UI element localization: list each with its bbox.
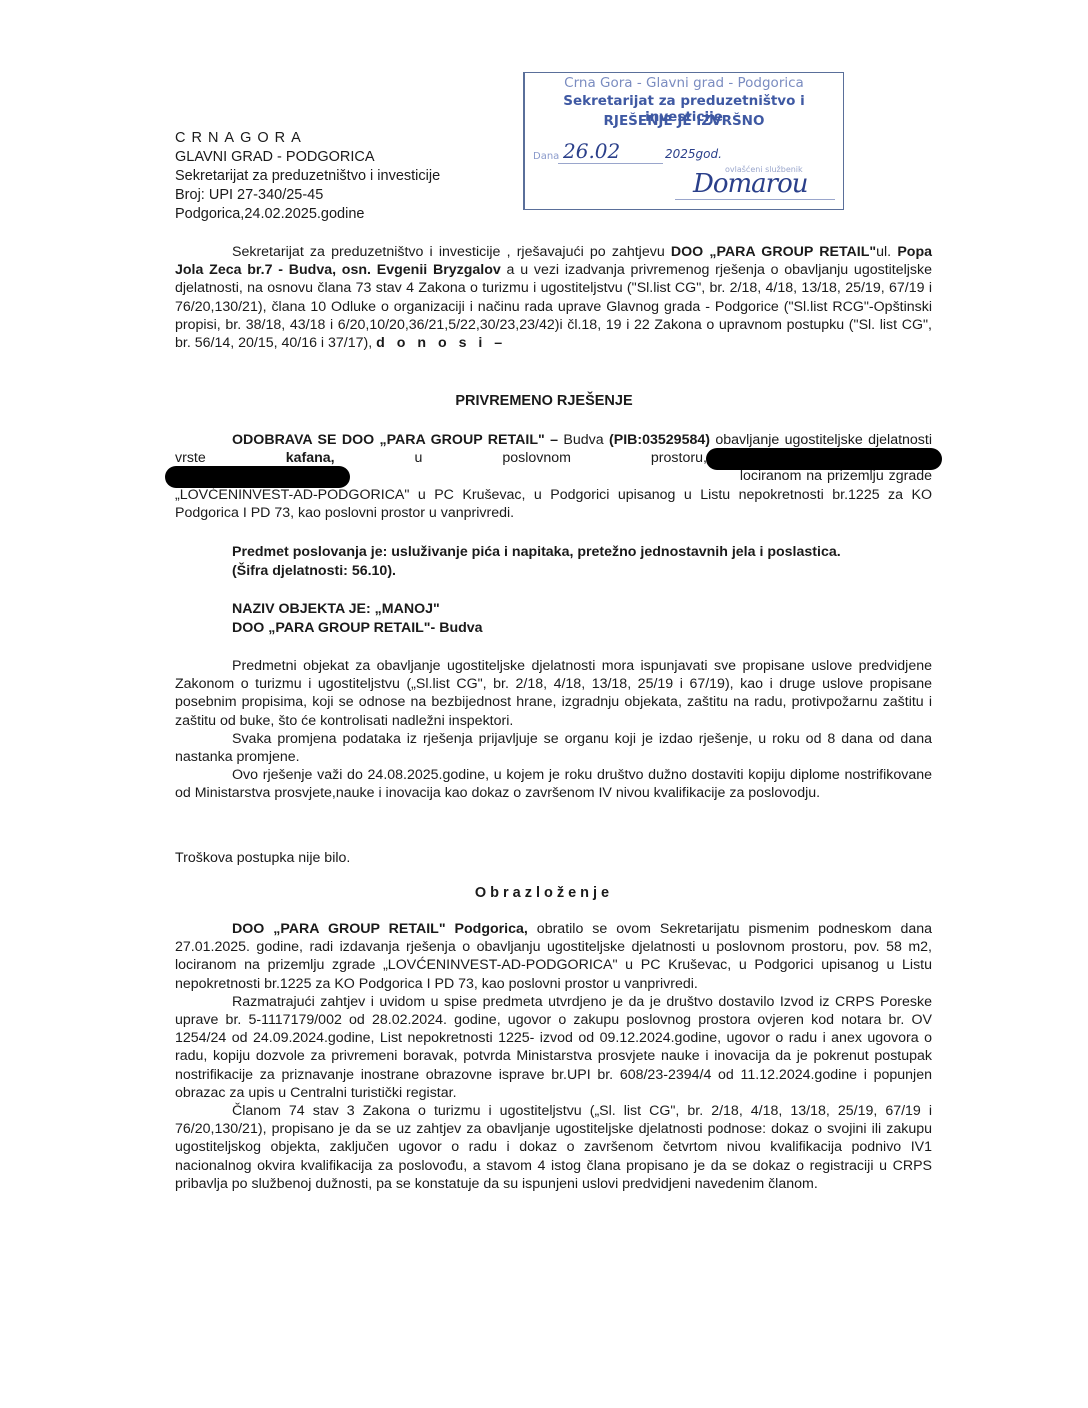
costs-statement: Troškova postupka nije bilo. bbox=[175, 849, 932, 867]
business-subject: Predmet poslovanja je: usluživanje pića … bbox=[232, 543, 932, 580]
object-owner-line: DOO „PARA GROUP RETAIL"- Budva bbox=[232, 619, 932, 638]
place-date: Podgorica,24.02.2025.godine bbox=[175, 205, 440, 224]
stamp-line-3: RJEŠENJE JE IZVRŠNO bbox=[525, 113, 843, 129]
conditions-block: Predmetni objekat za obavljanje ugostite… bbox=[175, 657, 932, 803]
reasoning-text: Članom 74 stav 3 Zakona o turizmu i ugos… bbox=[175, 1103, 932, 1192]
object-name: NAZIV OBJEKTA JE: „MANOJ" DOO „PARA GROU… bbox=[232, 600, 932, 637]
intro-paragraph: Sekretarijat za preduzetništvo i investi… bbox=[175, 243, 932, 352]
stamp-year: 2025god. bbox=[665, 147, 722, 161]
reasoning-block: DOO „PARA GROUP RETAIL" Podgorica, obrat… bbox=[175, 920, 932, 1193]
document-page: CRNAGORA GLAVNI GRAD - PODGORICA Sekreta… bbox=[0, 0, 1088, 1408]
stamp-god-label: god. bbox=[696, 147, 722, 161]
executive-stamp: Crna Gora - Glavni grad - Podgorica Sekr… bbox=[523, 72, 844, 210]
activity-code: (Šifra djelatnosti: 56.10). bbox=[232, 562, 932, 581]
redaction-block bbox=[706, 448, 942, 470]
reasoning-paragraph: DOO „PARA GROUP RETAIL" Podgorica, obrat… bbox=[175, 920, 932, 993]
condition-paragraph: Ovo rješenje važi do 24.08.2025.godine, … bbox=[175, 766, 932, 802]
intro-text-b: ul. bbox=[876, 244, 897, 260]
decision-type: kafana, bbox=[286, 450, 335, 466]
stamp-year-value: 2025 bbox=[665, 147, 696, 161]
document-number: Broj: UPI 27-340/25-45 bbox=[175, 186, 440, 205]
condition-text: Svaka promjena podataka iz rješenja prij… bbox=[175, 731, 932, 765]
reasoning-title: Obrazloženje bbox=[0, 885, 1088, 901]
department-name: Sekretarijat za preduzetništvo i investi… bbox=[175, 167, 440, 186]
stamp-handwritten-date: 26.02 bbox=[563, 139, 620, 163]
stamp-date-line bbox=[558, 163, 663, 164]
redaction-block bbox=[165, 466, 335, 488]
intro-donosi: d o n o s i – bbox=[376, 335, 506, 351]
decision-title: PRIVREMENO RJEŠENJE bbox=[0, 393, 1088, 409]
city-name: GLAVNI GRAD - PODGORICA bbox=[175, 148, 440, 167]
condition-paragraph: Predmetni objekat za obavljanje ugostite… bbox=[175, 657, 932, 730]
decision-approve: ODOBRAVA SE DOO „PARA GROUP RETAIL" – bbox=[232, 432, 563, 448]
object-name-line: NAZIV OBJEKTA JE: „MANOJ" bbox=[232, 600, 932, 619]
reasoning-paragraph: Razmatrajući zahtjev i uvidom u spise pr… bbox=[175, 993, 932, 1102]
document-header: CRNAGORA GLAVNI GRAD - PODGORICA Sekreta… bbox=[175, 129, 440, 224]
stamp-line-1: Crna Gora - Glavni grad - Podgorica bbox=[525, 75, 843, 91]
decision-text-a: Budva bbox=[563, 432, 609, 448]
redaction-block bbox=[320, 466, 350, 488]
intro-text-a: Sekretarijat za preduzetništvo i investi… bbox=[232, 244, 671, 260]
condition-text: Ovo rješenje važi do 24.08.2025.godine, … bbox=[175, 767, 932, 801]
signature: Domarou bbox=[693, 169, 807, 199]
reasoning-company: DOO „PARA GROUP RETAIL" Podgorica, bbox=[232, 921, 528, 937]
business-subject-line: Predmet poslovanja je: usluživanje pića … bbox=[232, 543, 932, 562]
condition-text: Predmetni objekat za obavljanje ugostite… bbox=[175, 658, 932, 729]
decision-pib: (PIB:03529584) bbox=[609, 432, 710, 448]
condition-paragraph: Svaka promjena podataka iz rješenja prij… bbox=[175, 730, 932, 766]
country-name: CRNAGORA bbox=[175, 129, 440, 148]
reasoning-paragraph: Članom 74 stav 3 Zakona o turizmu i ugos… bbox=[175, 1102, 932, 1193]
intro-company: DOO „PARA GROUP RETAIL" bbox=[671, 244, 876, 260]
reasoning-text: Razmatrajući zahtjev i uvidom u spise pr… bbox=[175, 994, 932, 1101]
stamp-dana-label: Dana bbox=[533, 151, 559, 162]
stamp-signature-line bbox=[675, 199, 835, 200]
